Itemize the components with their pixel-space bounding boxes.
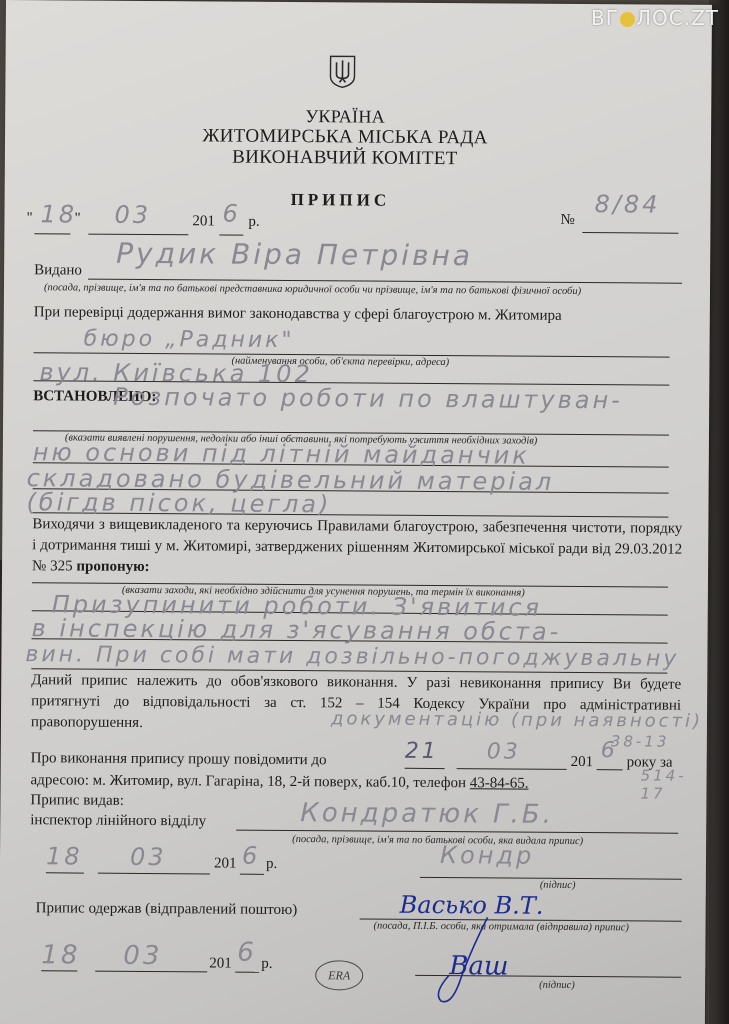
issuer-signature-hint: (підпис) <box>540 880 576 891</box>
rules-text: Виходячи з вищевикладеного та керуючись … <box>32 514 682 582</box>
issuer-name: Кондратюк Г.Б. <box>300 798 554 830</box>
issued-to-label: Видано <box>34 260 82 281</box>
document-number: 8/84 <box>594 190 660 218</box>
inspection-object: бюро „Радник" <box>84 327 295 353</box>
obligation-handwritten: документацію (при наявності) <box>331 708 703 732</box>
issue-date-year-prefix: 201 <box>192 211 215 232</box>
issuer-date-year-prefix: 201 <box>214 853 237 874</box>
established-line-1: Розпочато роботи по влаштуван- <box>113 383 713 415</box>
inspection-text: При перевірці додержання вимог законодав… <box>34 302 562 327</box>
signature-stroke <box>429 913 510 1014</box>
report-year-tail: року за <box>627 752 673 773</box>
measures-line-3: вин. При собі мати дозвільно-погоджуваль… <box>25 642 679 672</box>
watermark-logo: ВГВГОЛОС.ZTЛОС.ZT <box>591 6 719 30</box>
handwritten-note-1: 38-13 <box>611 732 670 750</box>
issuer-label: Припис видав: <box>30 790 124 812</box>
receiver-date-year-prefix: 201 <box>209 953 232 974</box>
megaphone-icon <box>620 12 635 27</box>
issuer-date-month: 03 <box>130 843 167 871</box>
rules-propose: пропоную: <box>76 559 149 576</box>
issued-to-value: Рудик Віра Петрівна <box>116 237 473 272</box>
issued-to-hint: (посада, прізвище, ім'я та по батькові п… <box>44 282 704 298</box>
report-phone: 43-84-65. <box>470 775 529 791</box>
number-label: № <box>560 210 574 231</box>
receiver-date-month: 03 <box>123 941 162 971</box>
issuer-position: інспектор лінійного відділу <box>30 810 206 832</box>
issue-date-month: 03 <box>114 201 151 229</box>
report-text: Про виконання припису прошу повідомити д… <box>31 748 327 771</box>
report-year-prefix: 201 <box>571 752 594 773</box>
issuer-hint: (посада, прізвище, ім'я та по батькові о… <box>292 834 583 847</box>
issue-date-year: 6 <box>222 200 240 228</box>
report-year: 6 <box>601 738 618 763</box>
header-committee: ВИКОНАВЧИЙ КОМІТЕТ <box>5 145 685 172</box>
report-month: 03 <box>487 739 521 764</box>
document-title: ПРИПИС <box>291 190 391 211</box>
issuer-date-year: 6 <box>242 842 260 870</box>
issuer-signature: Кондр <box>440 841 534 870</box>
report-address-text: адресою: м. Житомир, вул. Гагаріна, 18, … <box>30 772 466 791</box>
era-stamp: ERA <box>315 960 363 990</box>
receiver-date-suffix: р. <box>261 954 272 975</box>
report-day: 21 <box>405 739 439 764</box>
receiver-label: Припис одержав (відправлений поштою) <box>36 898 298 921</box>
measures-line-2: в інспекцію для з'ясування обста- <box>32 614 562 646</box>
receiver-date-year: 6 <box>237 938 257 968</box>
issue-date-close-quote: " <box>74 208 80 229</box>
receiver-date-day: 18 <box>41 940 80 970</box>
issuer-date-suffix: р. <box>266 854 277 875</box>
issue-date-suffix: р. <box>248 212 259 233</box>
document-page: УКРАЇНА ЖИТОМИРСЬКА МІСЬКА РАДА ВИКОНАВЧ… <box>0 0 712 1024</box>
issuer-date-day: 18 <box>46 842 83 870</box>
background-edge <box>709 0 729 1024</box>
receiver-signature-hint: (підпис) <box>539 980 575 991</box>
trident-coat-of-arms-icon <box>328 54 356 88</box>
issue-date-open-quote: " <box>26 208 32 229</box>
issue-date-day: 18 <box>40 200 77 228</box>
